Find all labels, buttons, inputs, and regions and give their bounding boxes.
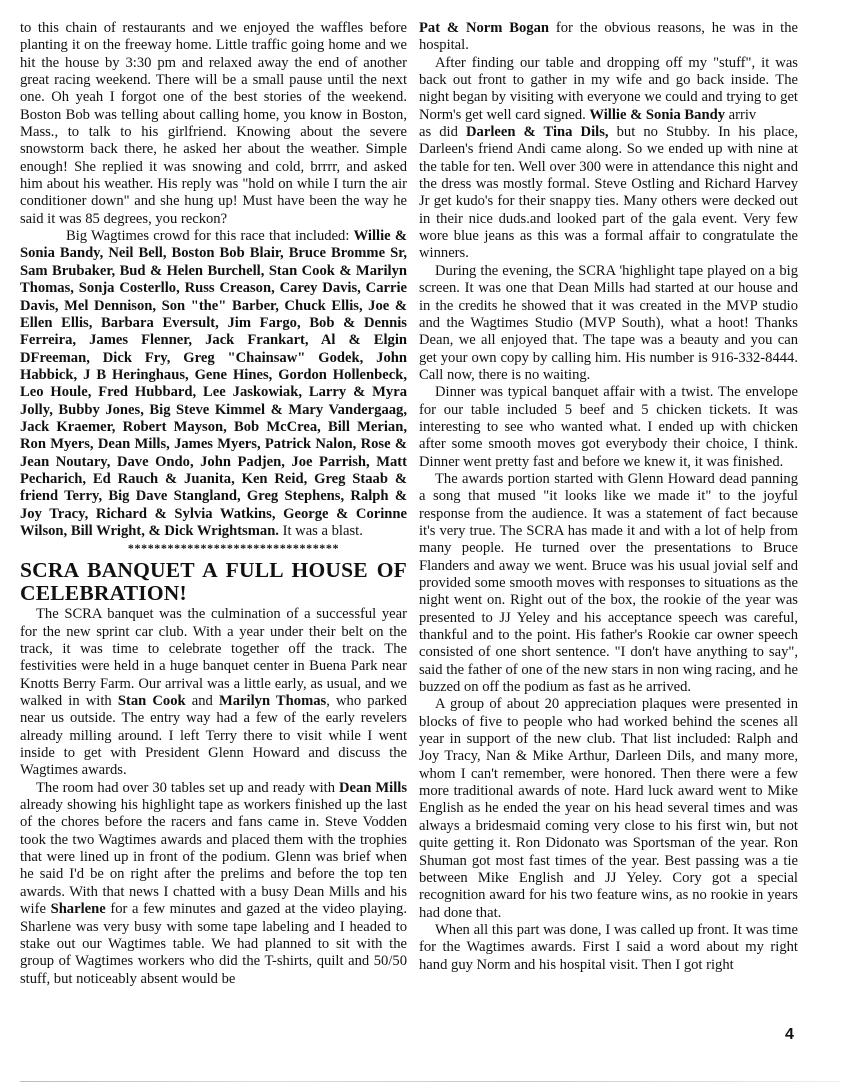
crowd-paragraph: Big Wagtimes crowd for this race that in… (20, 228, 407, 540)
crowd-names: Willie & Sonia Bandy, Neil Bell, Boston … (20, 228, 407, 539)
crowd-outro: It was a blast. (279, 523, 363, 539)
page-bottom-edge (20, 1081, 840, 1082)
bold-name: Willie & Sonia Bandy (589, 107, 725, 123)
paragraph-wagtimes-awards: When all this part was done, I was calle… (419, 922, 798, 974)
bold-name: Stan Cook (118, 693, 186, 709)
continued-paragraph: Pat & Norm Bogan for the obvious reasons… (419, 20, 798, 55)
bold-name: Sharlene (51, 901, 106, 917)
article-paragraph-2: The room had over 30 tables set up and r… (20, 780, 407, 988)
bold-name: Pat & Norm Bogan (419, 20, 549, 36)
paragraph-highlight-tape: During the evening, the SCRA 'highlight … (419, 263, 798, 384)
page-number: 4 (785, 1026, 794, 1044)
text-run: as did (419, 124, 466, 140)
right-column: Pat & Norm Bogan for the obvious reasons… (419, 20, 798, 974)
article-headline: SCRA BANQUET A FULL HOUSE OF CELEBRATION… (20, 559, 407, 604)
newsletter-page: to this chain of restaurants and we enjo… (0, 0, 850, 1090)
continued-paragraph: to this chain of restaurants and we enjo… (20, 20, 407, 228)
text-run: already showing his highlight tape as wo… (20, 797, 407, 917)
text-run: arriv (725, 107, 756, 123)
text-run: and (186, 693, 219, 709)
paragraph-awards: The awards portion started with Glenn Ho… (419, 471, 798, 696)
article-paragraph-1: The SCRA banquet was the culmination of … (20, 606, 407, 779)
paragraph-arrival: After finding our table and dropping off… (419, 55, 798, 263)
left-column: to this chain of restaurants and we enjo… (20, 20, 407, 988)
text-run: but no Stubby. In his place, Darleen's f… (419, 124, 798, 261)
section-separator: ******************************** (20, 540, 407, 557)
paragraph-dinner: Dinner was typical banquet affair with a… (419, 384, 798, 471)
text-run: The room had over 30 tables set up and r… (36, 780, 339, 796)
paragraph-plaques: A group of about 20 appreciation plaques… (419, 696, 798, 921)
bold-name: Dean Mills (339, 780, 407, 796)
bold-name: Marilyn Thomas (219, 693, 326, 709)
bold-name: Darleen & Tina Dils, (466, 124, 609, 140)
crowd-intro: Big Wagtimes crowd for this race that in… (66, 228, 354, 244)
